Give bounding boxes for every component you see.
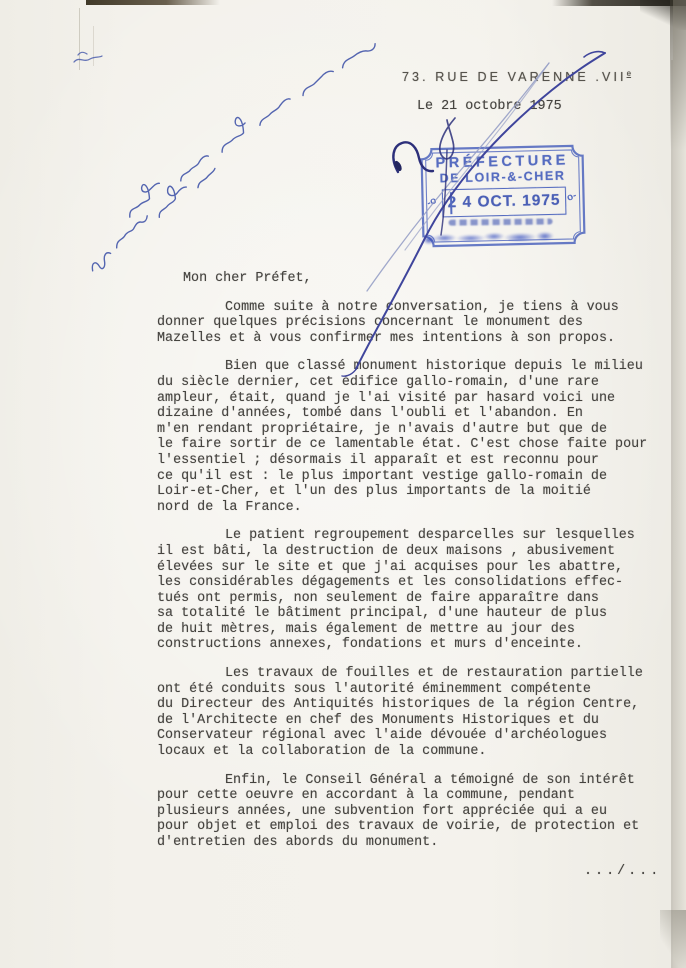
salutation: Mon cher Préfet, xyxy=(157,271,661,287)
paragraph-3: Le patient regroupement desparcelles sur… xyxy=(157,528,661,653)
prefecture-stamp: PRÉFECTURE DE LOIR-&-CHER 2 4 OCT. 1975 … xyxy=(420,144,586,248)
stamp-date-box: 2 4 OCT. 1975 xyxy=(442,187,567,218)
paper-edge-line xyxy=(671,60,673,968)
handwritten-note xyxy=(61,44,408,273)
stamp-smudged-line xyxy=(449,218,553,225)
paragraph-2: Bien que classé monument historique depu… xyxy=(157,359,661,515)
scanned-letter-page: 73. RUE DE VARENNE .VIIe Le 21 octobre 1… xyxy=(0,0,686,968)
photo-edge-top-left xyxy=(86,0,220,5)
date-line: Le 21 octobre 1975 xyxy=(417,99,562,114)
letterhead-floor-superscript: e xyxy=(627,69,631,78)
paragraph-4: Les travaux de fouilles et de restaurati… xyxy=(157,666,661,760)
stamp-date: 2 4 OCT. 1975 xyxy=(447,192,560,213)
paragraph-1: Comme suite à notre conversation, je tie… xyxy=(157,300,661,347)
letterhead-address: 73. RUE DE VARENNE .VIIe xyxy=(402,69,631,84)
paragraph-5: Enfin, le Conseil Général a témoigné de … xyxy=(157,773,661,851)
paper-scratch xyxy=(93,26,94,66)
stamp-smudged-signature xyxy=(424,229,554,247)
photo-edge-right xyxy=(673,0,686,968)
photo-corner-bottom-right xyxy=(660,910,686,968)
letter-body: Mon cher Préfet, Comme suite à notre con… xyxy=(157,271,661,879)
letterhead-address-text: 73. RUE DE VARENNE .VII xyxy=(402,70,627,84)
continuation-mark: .../... xyxy=(157,864,661,880)
paper-scratch xyxy=(79,8,80,70)
